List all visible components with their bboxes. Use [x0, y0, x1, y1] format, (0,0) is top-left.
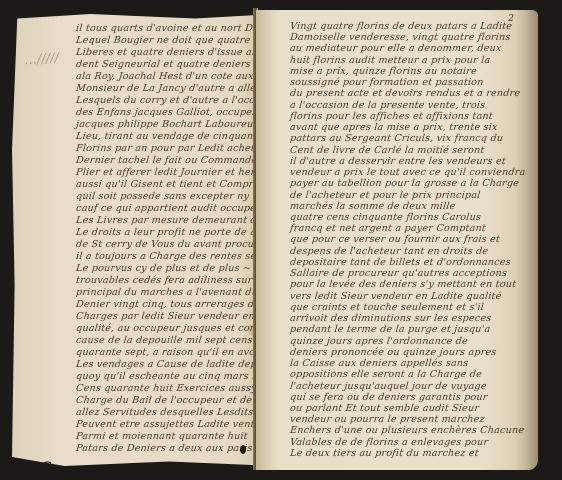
- manuscript-line: qui se fera ou de deniers garantis pour: [289, 392, 526, 403]
- right-page: 2 Vingt quatre florins de deux patars a …: [256, 10, 538, 470]
- manuscript-line: Lieu, tirant au vendage de cinquante qua…: [75, 131, 274, 143]
- manuscript-line: Monsieur de La Jancy d'autre a alleud de: [75, 83, 274, 95]
- manuscript-line: la Caisse aux deniers appellés sans: [289, 358, 526, 369]
- manuscript-line: francq et net argent a payer Comptant: [289, 223, 526, 234]
- manuscript-line: despens de l'acheteur tant en droits de: [289, 246, 526, 257]
- manuscript-line: Valables de de florins a enlevages pour: [289, 437, 526, 448]
- manuscript-line: Charge du Bail de l'occupeur et de: [75, 395, 274, 407]
- left-page: …///// il tous quarts d'avoine et au nor…: [12, 14, 274, 466]
- manuscript-line: allez Servitudes desquelles Lesdits heri…: [75, 407, 274, 419]
- manuscript-line: vendeur a prix le tout avec ce qu'il con…: [289, 167, 526, 178]
- manuscript-line: quinze jours apres l'ordonnance de: [289, 336, 526, 347]
- manuscript-line: florins pour les affiches et affixions t…: [289, 111, 526, 122]
- manuscript-line: quatre cens cinquante florins Carolus: [289, 212, 526, 223]
- manuscript-line: quil soit possede sans excepter ny reser…: [75, 191, 274, 203]
- manuscript-line: Cent de livre de Carlé la moitié seront: [289, 145, 526, 156]
- manuscript-line: mise a prix, quinze florins au notaire: [289, 66, 526, 77]
- manuscript-line: Charges par ledit Sieur vendeur en ladit…: [75, 311, 274, 323]
- manuscript-line: avant que apres la mise a prix, trente s…: [289, 122, 526, 133]
- manuscript-line: il d'autre a desservir entre les vendeur…: [289, 156, 526, 167]
- manuscript-line: il a toujours a Charge des rentes seigne…: [75, 251, 274, 263]
- manuscript-line: pour la levée des deniers s'y mettant en…: [289, 279, 526, 290]
- manuscript-line: oppositions elle seront a la Charge de: [289, 369, 526, 380]
- manuscript-line: principal du marches a l'avenant du: [75, 287, 274, 299]
- manuscript-line: que pour ce verser ou fournir aux frais …: [289, 234, 526, 245]
- manuscript-line: pendant le terme de la purge et jusqu'a: [289, 324, 526, 335]
- manuscript-line: payer au tabellion pour la grosse a la C…: [289, 178, 526, 189]
- manuscript-line: deniers prononcée ou quinze jours apres: [289, 347, 526, 358]
- manuscript-line: ou parlant Et tout semble audit Sieur: [289, 403, 526, 414]
- manuscript-line: Parmi et moiennant quarante huit: [75, 431, 274, 443]
- ink-blot: [240, 445, 246, 454]
- manuscript-line: Les Livres par mesure demeurant de plus: [75, 215, 274, 227]
- manuscript-line: dent Seigneurial et quatre deniers ala d…: [75, 59, 274, 71]
- manuscript-line: l'acheteur jusqu'auquel jour de vuyage: [289, 381, 526, 392]
- manuscript-line: quoy qu'il escheante au cinq mars mil se…: [75, 371, 274, 383]
- manuscript-line: il tous quarts d'avoine et au nort Dorez…: [75, 23, 274, 35]
- manuscript-line: soussigné pour formation et passation: [289, 77, 526, 88]
- manuscript-line: Damoiselle venderesse, vingt quatre flor…: [289, 32, 526, 43]
- manuscript-line: Sallaire de procureur qu'autres acceptio…: [289, 268, 526, 279]
- manuscript-line: marchés la somme de deux mille: [289, 201, 526, 212]
- manuscript-line: Plier et afferer ledit Journier et herit…: [75, 167, 274, 179]
- open-manuscript-book: …///// il tous quarts d'avoine et au nor…: [0, 0, 562, 480]
- manuscript-line: Enchers d'une ou plusieurs enchères Chac…: [289, 425, 526, 436]
- manuscript-line: arrivoit des diminutions sur les especes: [289, 313, 526, 324]
- manuscript-line: Le droits a leur profit ne porte de quel…: [75, 227, 274, 239]
- manuscript-line: cause de la depouille mil sept cens: [75, 335, 274, 347]
- margin-annotation: …/////: [24, 51, 60, 68]
- manuscript-line: qualité, au occupeur jusques et compris …: [75, 323, 274, 335]
- manuscript-line: Peuvent etre assujettes Ladite vente fai…: [75, 419, 274, 431]
- manuscript-line: ala Roy, Joachal Hest d'un cote aux hoir…: [75, 71, 274, 83]
- manuscript-line: depositaire tant de billets et d'ordonna…: [289, 257, 526, 268]
- manuscript-line: huit florins audit metteur a prix pour l…: [289, 55, 526, 66]
- manuscript-line: de l'acheteur et pour le prix principal: [289, 190, 526, 201]
- manuscript-line: cauf ce qui appartient audit occupeur d'…: [75, 203, 274, 215]
- right-page-text: Vingt quatre florins de deux patars a La…: [290, 21, 525, 459]
- manuscript-line: vendeur ou pourra le present marchez: [289, 414, 526, 425]
- manuscript-line: Denier vingt cinq, tous arrerages des: [75, 299, 274, 311]
- manuscript-line: du present acte et devoirs rendus et a r…: [289, 88, 526, 99]
- manuscript-line: quarante sept, a raison qu'il en avoir: [75, 347, 274, 359]
- left-page-text: il tous quarts d'avoine et au nort Dorez…: [76, 23, 274, 455]
- manuscript-line: Vingt quatre florins de deux patars a La…: [289, 21, 526, 32]
- manuscript-line: vers ledit Sieur vendeur en Ladite quali…: [289, 291, 526, 302]
- manuscript-line: de St cerry de Vous du avant procuration…: [75, 239, 274, 251]
- manuscript-line: Liberes et quatre deniers d'issue ala di…: [75, 47, 274, 59]
- manuscript-line: Dernier tachel le fait ou Commande pour: [75, 155, 274, 167]
- manuscript-line: Lequel Bougier ne doit que quatre denier…: [75, 35, 274, 47]
- manuscript-line: Le pourvus cy de plus et de plus ~ les: [75, 263, 274, 275]
- manuscript-line: que craints et touche seulement et s'il: [289, 302, 526, 313]
- manuscript-line: au mediateur pour elle a denommer, deux: [289, 43, 526, 54]
- manuscript-line: Le deux tiers au profit du marchez et: [289, 448, 526, 459]
- manuscript-line: Lesquels du corry et d'autre a l'occupat…: [75, 95, 274, 107]
- manuscript-line: Cens quarante huit Exercices aussy a: [75, 383, 274, 395]
- manuscript-line: des Enfans jacques Galliot, occupes par: [75, 107, 274, 119]
- manuscript-line: Florins par an pour par Ledit acheteur: [75, 143, 274, 155]
- manuscript-line: a l'occasion de la presente vente, trois: [289, 100, 526, 111]
- manuscript-line: jacques philippe Bochart Laboureur audit: [75, 119, 274, 131]
- manuscript-line: aussi qu'il Gisent et tient et Comprend: [75, 179, 274, 191]
- manuscript-line: pattars au Sergeant Criculs, vix francq …: [289, 133, 526, 144]
- corner-mark: ʕ: [42, 459, 52, 466]
- manuscript-line: Les vendages a Cause de ladite depouille: [75, 359, 274, 371]
- manuscript-line: trouvables cedés fera adiliness sur le p…: [75, 275, 274, 287]
